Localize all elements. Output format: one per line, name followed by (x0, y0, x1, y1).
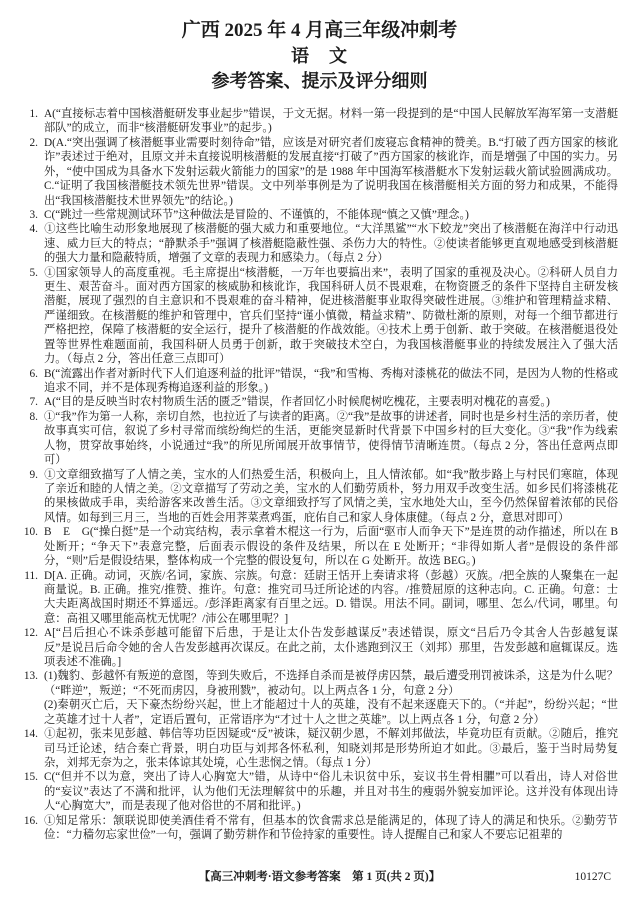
question-number: 9. (22, 468, 38, 482)
question-number: 5. (22, 266, 38, 280)
answer-item: 8.①“我”作为第一人称，亲切自然，也拉近了与读者的距离。②“我”是故事的讲述者… (22, 410, 618, 468)
answer-paragraph: 13.(1)魏豹、彭越怀有叛逆的意图，等到失败后，不选择自杀而是被俘虏囚禁，最后… (44, 669, 618, 698)
answer-paragraph: 15.C(“但并不以为意，突出了诗人心胸宽大”错，从诗中“俗儿未识贫中乐，妄议书… (44, 770, 618, 813)
page-header: 广西 2025 年 4 月高三年级冲刺考 语 文 参考答案、提示及评分细则 (0, 0, 639, 94)
question-number: 16. (22, 814, 38, 828)
page-footer: 【高三冲刺考·语文参考答案 第 1 页(共 2 页)】 10127C (0, 869, 639, 889)
answer-item: 4.①这些比喻生动形象地展现了核潜艇的强大威力和重要地位。“大洋黑鲨”“水下蛟龙… (22, 222, 618, 265)
answer-paragraph: 11.D[A. 正确。动词，灭族/名词，家族、宗族。句意：廷尉王恬开上奏请求将（… (44, 569, 618, 627)
answer-item: 3.C(“跳过一些常规测试环节”这种做法是冒险的、不谨慎的，不能体现“慎之又慎”… (22, 208, 618, 222)
answer-key-subtitle: 参考答案、提示及评分细则 (0, 69, 639, 94)
question-number: 12. (22, 626, 38, 640)
question-number: 15. (22, 770, 38, 784)
question-number: 3. (22, 208, 38, 222)
answer-item: 15.C(“但并不以为意，突出了诗人心胸宽大”错，从诗中“俗儿未识贫中乐，妄议书… (22, 770, 618, 813)
answer-subparagraph: (2)秦朝灭亡后，天下豪杰纷纷兴起，世上才能超过十人的英雄，没有不起来逐鹿天下的… (44, 698, 618, 727)
paper-code: 10127C (575, 869, 611, 885)
question-number: 4. (22, 222, 38, 236)
question-number: 1. (22, 107, 38, 121)
answer-item: 2.D(A.“突出强调了核潜艇事业需要时刻待命”错，应该是对研究者们废寝忘食精神… (22, 136, 618, 208)
answer-item: 9.①文章细致描写了人情之美，宝水的人们热爱生活，积极向上，且人情浓郁。如“我”… (22, 468, 618, 526)
answer-item: 11.D[A. 正确。动词，灭族/名词，家族、宗族。句意：廷尉王恬开上奏请求将（… (22, 569, 618, 627)
answer-item: 14.①起初，张耒见彭越、韩信等功臣因疑或“反”被诛，疑汉朝少恩，不解刘邦做法，… (22, 727, 618, 770)
answer-item: 16.①知足常乐：颔联说即使美酒佳肴不常有，但基本的饮食需求总是能满足的，体现了… (22, 814, 618, 843)
answer-item: 5.①国家领导人的高度重视。毛主席提出“核潜艇，一万年也要搞出来”，表明了国家的… (22, 266, 618, 367)
answer-paragraph: 5.①国家领导人的高度重视。毛主席提出“核潜艇，一万年也要搞出来”，表明了国家的… (44, 266, 618, 367)
answer-item: 13.(1)魏豹、彭越怀有叛逆的意图，等到失败后，不选择自杀而是被俘虏囚禁，最后… (22, 669, 618, 727)
question-number: 11. (22, 569, 38, 583)
answer-item: 6.B(“流露出作者对新时代下人们追逐利益的批评”错误，“我”和雪梅、秀梅对漆桃… (22, 367, 618, 396)
footer-caption: 【高三冲刺考·语文参考答案 第 1 页(共 2 页)】 (0, 869, 639, 885)
answer-key-page: 广西 2025 年 4 月高三年级冲刺考 语 文 参考答案、提示及评分细则 1.… (0, 0, 639, 900)
answer-paragraph: 9.①文章细致描写了人情之美，宝水的人们热爱生活，积极向上，且人情浓郁。如“我”… (44, 468, 618, 526)
exam-title: 广西 2025 年 4 月高三年级冲刺考 (0, 18, 639, 44)
answer-paragraph: 6.B(“流露出作者对新时代下人们追逐利益的批评”错误，“我”和雪梅、秀梅对漆桃… (44, 367, 618, 396)
question-number: 10. (22, 525, 38, 539)
answer-paragraph: 1.A(“直接标志着中国核潜艇研发事业起步”错误，于文无据。材料一第一段提到的是… (44, 107, 618, 136)
question-number: 7. (22, 395, 38, 409)
answer-paragraph: 12.A[“吕后担心不诛杀彭越可能留下后患，于是让太仆告发彭越谋反”表述错误，原… (44, 626, 618, 669)
answer-item: 10.B E G(“操白挺”是一个动宾结构，表示拿着木棍这一行为，后面“驱市人而… (22, 525, 618, 568)
answer-paragraph: 16.①知足常乐：颔联说即使美酒佳肴不常有，但基本的饮食需求总是能满足的，体现了… (44, 814, 618, 843)
question-number: 13. (22, 669, 38, 683)
answer-paragraph: 2.D(A.“突出强调了核潜艇事业需要时刻待命”错，应该是对研究者们废寝忘食精神… (44, 136, 618, 208)
answers-list: 1.A(“直接标志着中国核潜艇研发事业起步”错误，于文无据。材料一第一段提到的是… (22, 107, 618, 843)
question-number: 6. (22, 367, 38, 381)
answer-paragraph: 14.①起初，张耒见彭越、韩信等功臣因疑或“反”被诛，疑汉朝少恩，不解刘邦做法，… (44, 727, 618, 770)
question-number: 2. (22, 136, 38, 150)
question-number: 8. (22, 410, 38, 424)
answer-paragraph: 4.①这些比喻生动形象地展现了核潜艇的强大威力和重要地位。“大洋黑鲨”“水下蛟龙… (44, 222, 618, 265)
answer-paragraph: 8.①“我”作为第一人称，亲切自然，也拉近了与读者的距离。②“我”是故事的讲述者… (44, 410, 618, 468)
question-number: 14. (22, 727, 38, 741)
subject-title: 语 文 (0, 44, 639, 69)
answer-paragraph: 10.B E G(“操白挺”是一个动宾结构，表示拿着木棍这一行为，后面“驱市人而… (44, 525, 618, 568)
answer-item: 1.A(“直接标志着中国核潜艇研发事业起步”错误，于文无据。材料一第一段提到的是… (22, 107, 618, 136)
answer-paragraph: 3.C(“跳过一些常规测试环节”这种做法是冒险的、不谨慎的，不能体现“慎之又慎”… (44, 208, 618, 222)
answer-paragraph: 7.A(“目的是反映当时农村物质生活的匮乏”错误，作者回忆小时候爬树吃槐花，主要… (44, 395, 618, 409)
answer-item: 12.A[“吕后担心不诛杀彭越可能留下后患，于是让太仆告发彭越谋反”表述错误，原… (22, 626, 618, 669)
answer-item: 7.A(“目的是反映当时农村物质生活的匮乏”错误，作者回忆小时候爬树吃槐花，主要… (22, 395, 618, 409)
